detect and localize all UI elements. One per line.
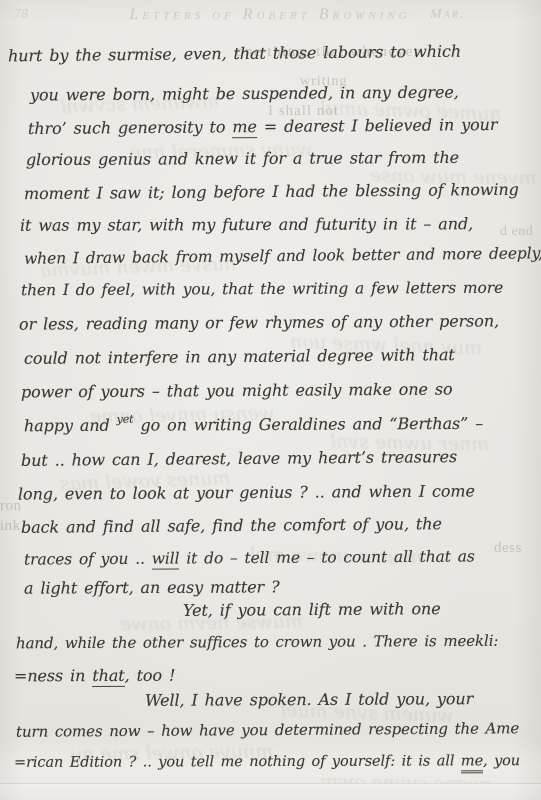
handwritten-line-14: long, even to look at your genius ? .. a… bbox=[18, 481, 475, 503]
handwritten-line-12: happy and yet go on writing Geraldines a… bbox=[24, 414, 483, 435]
handwritten-line-11: power of yours – that you might easily m… bbox=[21, 379, 453, 401]
handwritten-line-6: it was my star, with my future and futur… bbox=[20, 214, 473, 235]
handwriting-text: glorious genius and knew it for a true s… bbox=[26, 148, 459, 169]
handwriting-text: go on writing Geraldines and “Berthas” – bbox=[133, 414, 483, 435]
page-bottom-edge bbox=[0, 783, 541, 800]
handwriting-text: it do – tell me – to count all that as bbox=[179, 547, 474, 567]
handwriting-text: = dearest I believed in your bbox=[257, 115, 498, 136]
handwriting-text: thro’ such generosity to bbox=[28, 117, 233, 138]
handwriting-text: Yet, if you can lift me with one bbox=[183, 599, 441, 620]
handwritten-line-2: you were born, might be suspended, in an… bbox=[30, 83, 459, 105]
handwriting-text: long, even to look at your genius ? .. a… bbox=[18, 481, 475, 503]
show-through-print: d end bbox=[500, 224, 533, 240]
handwritten-line-5: moment I saw it; long before I had the b… bbox=[24, 180, 519, 203]
handwritten-line-13: but .. how can I, dearest, leave my hear… bbox=[21, 447, 457, 470]
handwritten-line-21: Well, I have spoken. As I told you, your bbox=[145, 689, 473, 710]
handwriting-text: moment I saw it; long before I had the b… bbox=[24, 180, 519, 203]
header-date: Mar. bbox=[430, 7, 465, 23]
header-page-number: 78 bbox=[14, 7, 28, 23]
handwriting-text: turn comes now – how have you determined… bbox=[16, 719, 519, 741]
handwritten-line-10: could not interfere in any material degr… bbox=[24, 345, 455, 368]
handwriting-text: a light effort, an easy matter ? bbox=[24, 577, 280, 597]
header-running-title: Letters of Robert Browning bbox=[129, 6, 410, 24]
show-through-print: dess bbox=[494, 540, 522, 557]
handwritten-line-18: Yet, if you can lift me with one bbox=[183, 599, 441, 620]
handwriting-text: =rican Edition ? .. you tell me nothing … bbox=[14, 753, 461, 771]
handwriting-text: traces of you .. bbox=[24, 550, 152, 569]
underlined-word: me bbox=[461, 753, 483, 773]
handwritten-line-20: =ness in that, too ! bbox=[14, 666, 175, 686]
underlined-word: will bbox=[152, 549, 180, 569]
handwritten-line-9: or less, reading many or few rhymes of a… bbox=[19, 311, 499, 333]
handwriting-text: hurt by the surmise, even, that those la… bbox=[8, 42, 461, 66]
handwriting-text: then I do feel, with you, that the writi… bbox=[21, 279, 503, 300]
handwriting-text: it was my star, with my future and futur… bbox=[20, 214, 473, 235]
handwritten-line-7: when I draw back from myself and look be… bbox=[24, 244, 541, 267]
handwritten-line-4: glorious genius and knew it for a true s… bbox=[26, 148, 459, 169]
inserted-word: yet bbox=[117, 413, 134, 426]
handwritten-line-3: thro’ such generosity to me = dearest I … bbox=[28, 115, 498, 138]
handwriting-text: but .. how can I, dearest, leave my hear… bbox=[21, 447, 457, 470]
handwriting-text: power of yours – that you might easily m… bbox=[21, 379, 453, 401]
handwriting-text: , you bbox=[483, 753, 520, 769]
handwritten-line-22: turn comes now – how have you determined… bbox=[16, 719, 519, 741]
letter-facsimile-page: 78 Letters of Robert Browning Mar. one t… bbox=[0, 0, 541, 800]
handwriting-text: or less, reading many or few rhymes of a… bbox=[19, 311, 499, 333]
handwriting-text: when I draw back from myself and look be… bbox=[24, 244, 541, 267]
handwriting-text: hand, while the other suffices to crown … bbox=[16, 632, 498, 653]
handwritten-line-1: hurt by the surmise, even, that those la… bbox=[8, 42, 461, 66]
show-through-print: ink bbox=[0, 518, 21, 535]
handwriting-text: , too ! bbox=[125, 666, 176, 685]
handwritten-line-15: back and find all safe, find the comfort… bbox=[21, 514, 442, 537]
handwritten-line-17: a light effort, an easy matter ? bbox=[24, 577, 280, 597]
underlined-word: that bbox=[92, 666, 124, 687]
handwriting-text: you were born, might be suspended, in an… bbox=[30, 83, 459, 105]
handwriting-text: back and find all safe, find the comfort… bbox=[21, 514, 442, 537]
underlined-word: me bbox=[232, 117, 257, 138]
handwritten-line-23: =rican Edition ? .. you tell me nothing … bbox=[14, 753, 520, 771]
handwritten-line-19: hand, while the other suffices to crown … bbox=[16, 632, 498, 653]
handwriting-text: could not interfere in any material degr… bbox=[24, 345, 455, 368]
handwriting-text: Well, I have spoken. As I told you, your bbox=[145, 689, 473, 710]
handwritten-line-8: then I do feel, with you, that the writi… bbox=[21, 279, 503, 300]
handwritten-line-16: traces of you .. will it do – tell me – … bbox=[24, 547, 475, 568]
handwriting-text: happy and bbox=[24, 416, 117, 435]
handwriting-text: =ness in bbox=[14, 666, 92, 685]
